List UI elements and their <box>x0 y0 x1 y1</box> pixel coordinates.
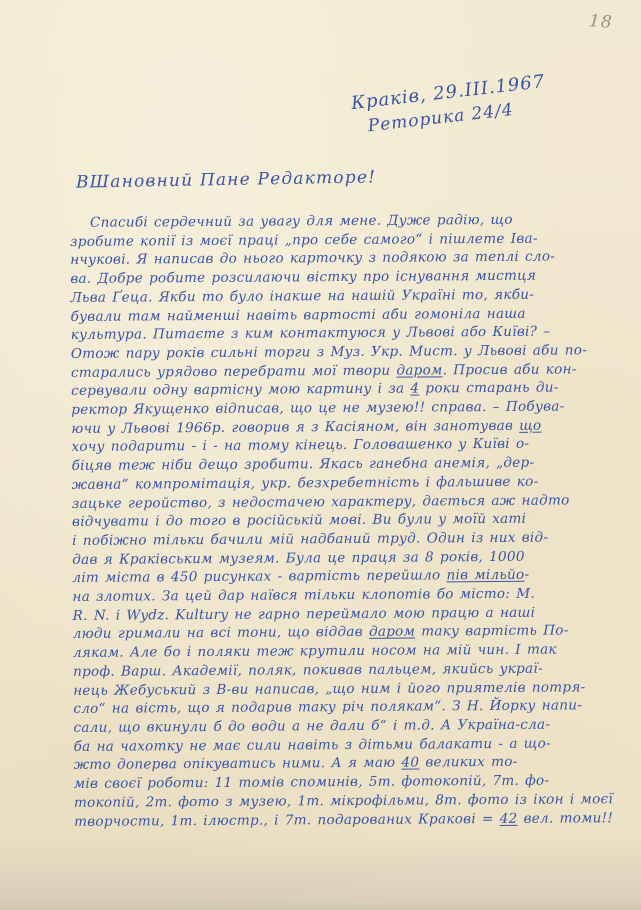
letter-body: Спасибі сердечний за увагу для мене. Дуж… <box>70 210 630 831</box>
heading-block: Краків, 29.III.1967 Реторика 24/4 <box>350 69 550 141</box>
underlined-word: даром <box>396 362 442 378</box>
page-number: 18 <box>588 11 613 33</box>
underlined-word: пів мільйо <box>446 567 524 584</box>
underlined-word: 4 <box>410 381 419 397</box>
salutation: ВШановний Пане Редакторе! <box>76 167 376 192</box>
letter-line: творчости, 1т. ілюстр., і 7т. подаровани… <box>74 809 630 832</box>
letter-line: нчукові. Я написав до нього карточку з п… <box>70 247 626 270</box>
letter-line: лякам. Але бо і поляки теж крутили носом… <box>73 640 629 663</box>
underlined-word: що <box>519 417 541 433</box>
underlined-word: 42 <box>500 810 518 826</box>
letter-page: 18 Краків, 29.III.1967 Реторика 24/4 ВШа… <box>0 0 641 910</box>
letter-line: і побіжно тільки бачили мій надбаний тру… <box>72 528 628 551</box>
underlined-word: 40 <box>401 755 419 771</box>
underlined-word: даром <box>369 624 415 640</box>
letter-line: ректор Якущенко відписав, що це не музею… <box>71 397 627 420</box>
